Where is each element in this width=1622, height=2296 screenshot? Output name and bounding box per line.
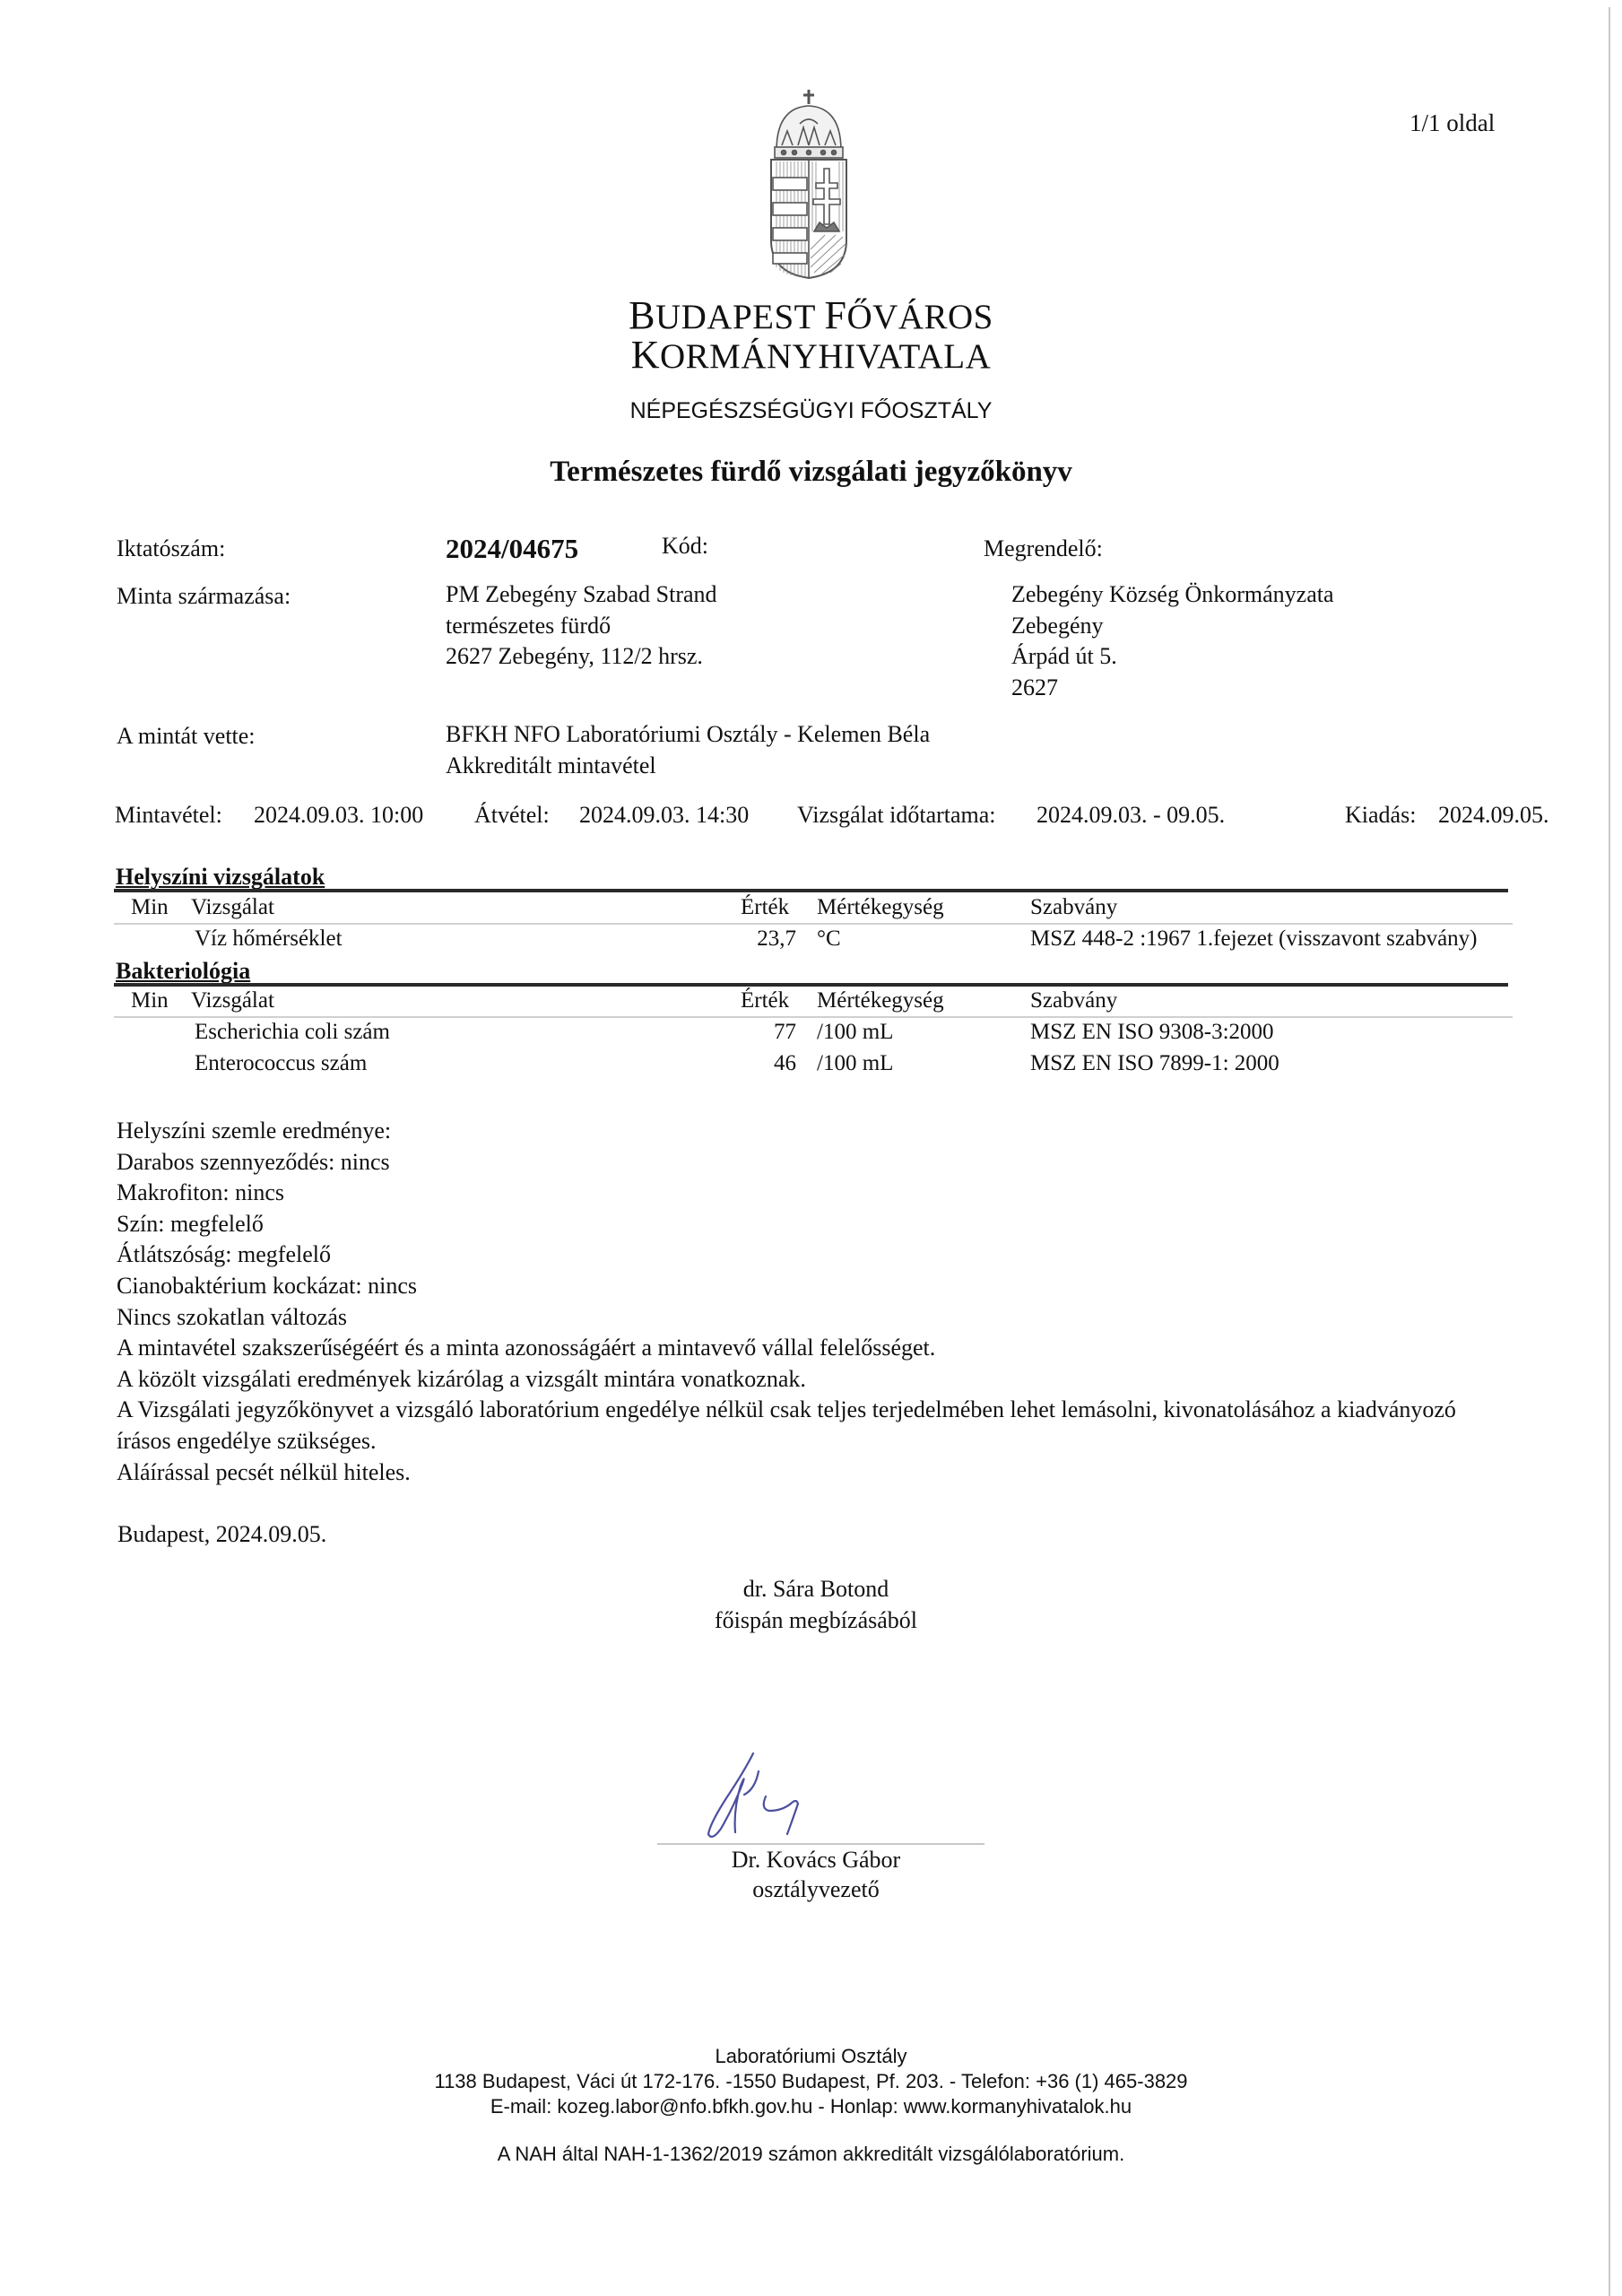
- sampler-line: Akkreditált mintavétel: [446, 751, 930, 782]
- column-header-min: Min: [131, 895, 169, 920]
- test-unit: /100 mL: [817, 1020, 893, 1045]
- header-divider: [114, 923, 1513, 925]
- test-value: 77: [724, 1020, 796, 1045]
- issue-date-value: 2024.09.05.: [1438, 802, 1549, 829]
- registration-number: 2024/04675: [446, 533, 578, 565]
- note-line: Darabos szennyeződés: nincs: [117, 1147, 1515, 1178]
- receipt-date-value: 2024.09.03. 14:30: [579, 802, 749, 829]
- note-line: A Vizsgálati jegyzőkönyvet a vizsgáló la…: [117, 1395, 1515, 1457]
- test-name: Enterococcus szám: [195, 1051, 367, 1076]
- header-divider: [114, 1016, 1513, 1018]
- note-line: A közölt vizsgálati eredmények kizárólag…: [117, 1364, 1515, 1396]
- column-header-min: Min: [131, 988, 169, 1013]
- handwritten-signature-icon: [681, 1744, 906, 1848]
- test-unit: /100 mL: [817, 1051, 893, 1076]
- column-header-test: Vizsgálat: [191, 895, 274, 920]
- footer-contact: E-mail: kozeg.labor@nfo.bfkh.gov.hu - Ho…: [0, 2095, 1622, 2118]
- test-name: Escherichia coli szám: [195, 1020, 390, 1045]
- column-header-value: Érték: [741, 895, 789, 920]
- note-line: Aláírással pecsét nélkül hiteles.: [117, 1457, 1515, 1489]
- column-header-value: Érték: [741, 988, 789, 1013]
- footer-accreditation: A NAH által NAH-1-1362/2019 számon akkre…: [0, 2143, 1622, 2166]
- registration-label: Iktatószám:: [117, 535, 225, 562]
- authority-name: dr. Sára Botond: [0, 1576, 1622, 1603]
- note-line: Cianobaktérium kockázat: nincs: [117, 1271, 1515, 1302]
- code-label: Kód:: [662, 533, 708, 560]
- document-title: Természetes fürdő vizsgálati jegyzőkönyv: [0, 456, 1622, 489]
- coat-of-arms-icon: [764, 88, 854, 282]
- signer-role: osztályvezető: [0, 1876, 1622, 1903]
- test-name: Víz hőmérséklet: [195, 926, 343, 952]
- sampling-date-value: 2024.09.03. 10:00: [254, 802, 423, 829]
- test-duration-value: 2024.09.03. - 09.05.: [1037, 802, 1225, 829]
- place-and-date: Budapest, 2024.09.05.: [117, 1521, 326, 1548]
- sampler-label: A mintát vette:: [117, 723, 256, 750]
- page-indicator: 1/1 oldal: [1409, 109, 1495, 137]
- column-header-unit: Mértékegység: [817, 895, 944, 920]
- origin-address: PM Zebegény Szabad Strand természetes fü…: [446, 579, 717, 673]
- sampler-line: BFKH NFO Laboratóriumi Osztály - Kelemen…: [446, 719, 930, 751]
- orderer-label: Megrendelő:: [984, 535, 1103, 562]
- test-standard: MSZ EN ISO 7899-1: 2000: [1030, 1051, 1279, 1076]
- orderer-address: Zebegény Község Önkormányzata Zebegény Á…: [1011, 579, 1334, 703]
- note-line: A mintavétel szakszerűségéért és a minta…: [117, 1333, 1515, 1364]
- note-line: Helyszíni szemle eredménye:: [117, 1116, 1515, 1147]
- origin-line: természetes fürdő: [446, 611, 717, 642]
- test-value: 23,7: [724, 926, 796, 952]
- footer-address: 1138 Budapest, Váci út 172-176. -1550 Bu…: [0, 2070, 1622, 2093]
- test-standard: MSZ EN ISO 9308-3:2000: [1030, 1020, 1274, 1045]
- section-heading-onsite: Helyszíni vizsgálatok: [116, 864, 325, 891]
- signer-name: Dr. Kovács Gábor: [0, 1847, 1622, 1874]
- orderer-line: Zebegény Község Önkormányzata: [1011, 579, 1334, 611]
- authority-role: főispán megbízásából: [0, 1607, 1622, 1634]
- receipt-date-label: Átvétel:: [474, 802, 550, 829]
- inspection-notes: Helyszíni szemle eredménye: Darabos szen…: [117, 1116, 1515, 1488]
- note-line: Szín: megfelelő: [117, 1209, 1515, 1240]
- column-header-test: Vizsgálat: [191, 988, 274, 1013]
- sampler-info: BFKH NFO Laboratóriumi Osztály - Kelemen…: [446, 719, 930, 781]
- note-line: Átlátszóság: megfelelő: [117, 1239, 1515, 1271]
- section-heading-bacteriology: Bakteriológia: [116, 958, 250, 985]
- organization-name-line-2: KORMÁNYHIVATALA: [0, 332, 1622, 378]
- note-line: Makrofiton: nincs: [117, 1178, 1515, 1209]
- orderer-line: Zebegény: [1011, 611, 1334, 642]
- orderer-line: Árpád út 5.: [1011, 641, 1334, 673]
- footer-unit: Laboratóriumi Osztály: [0, 2045, 1622, 2068]
- test-unit: °C: [817, 926, 841, 952]
- test-value: 46: [724, 1051, 796, 1076]
- column-header-unit: Mértékegység: [817, 988, 944, 1013]
- test-duration-label: Vizsgálat időtartama:: [797, 802, 996, 829]
- signature-line: [657, 1843, 984, 1845]
- section-divider: [114, 889, 1508, 892]
- column-header-standard: Szabvány: [1030, 988, 1117, 1013]
- origin-line: 2627 Zebegény, 112/2 hrsz.: [446, 641, 717, 673]
- section-divider: [114, 983, 1508, 987]
- note-line: Nincs szokatlan változás: [117, 1302, 1515, 1334]
- column-header-standard: Szabvány: [1030, 895, 1117, 920]
- test-standard: MSZ 448-2 :1967 1.fejezet (visszavont sz…: [1030, 926, 1478, 952]
- department-name: NÉPEGÉSZSÉGÜGYI FŐOSZTÁLY: [0, 398, 1622, 424]
- orderer-line: 2627: [1011, 673, 1334, 704]
- origin-line: PM Zebegény Szabad Strand: [446, 579, 717, 611]
- sampling-date-label: Mintavétel:: [115, 802, 222, 829]
- issue-date-label: Kiadás:: [1345, 802, 1416, 829]
- origin-label: Minta származása:: [117, 583, 291, 610]
